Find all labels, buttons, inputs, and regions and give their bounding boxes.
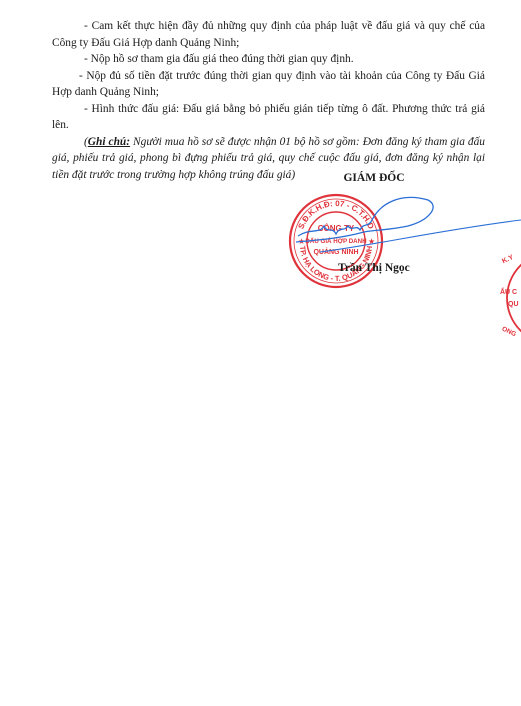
svg-text:K.Y: K.Y — [501, 254, 515, 265]
paragraph-submit-dossier: - Nộp hồ sơ tham gia đấu giá theo đúng t… — [52, 51, 485, 68]
note-label: Ghi chú: — [88, 136, 130, 148]
svg-text:QU: QU — [508, 301, 519, 308]
svg-text:ONG: ONG — [501, 326, 517, 339]
document-page: - Cam kết thực hiện đầy đủ những quy địn… — [0, 0, 521, 706]
document-body: - Cam kết thực hiện đầy đủ những quy địn… — [52, 18, 485, 183]
paragraph-deposit: - Nộp đủ số tiền đặt trước đúng thời gia… — [52, 68, 485, 101]
paragraph-auction-form: - Hình thức đấu giá: Đấu giá bằng bỏ phi… — [52, 101, 485, 134]
paragraph-commitment: - Cam kết thực hiện đầy đủ những quy địn… — [52, 18, 485, 51]
signature-block: GIÁM ĐỐC Trần Thị Ngọc — [290, 172, 440, 184]
handwritten-signature-icon — [290, 190, 521, 270]
signer-name: Trần Thị Ngọc — [338, 262, 410, 274]
signer-title: GIÁM ĐỐC — [308, 172, 440, 184]
partial-seal-icon: K.Y ẤU C QU ONG — [498, 248, 521, 348]
